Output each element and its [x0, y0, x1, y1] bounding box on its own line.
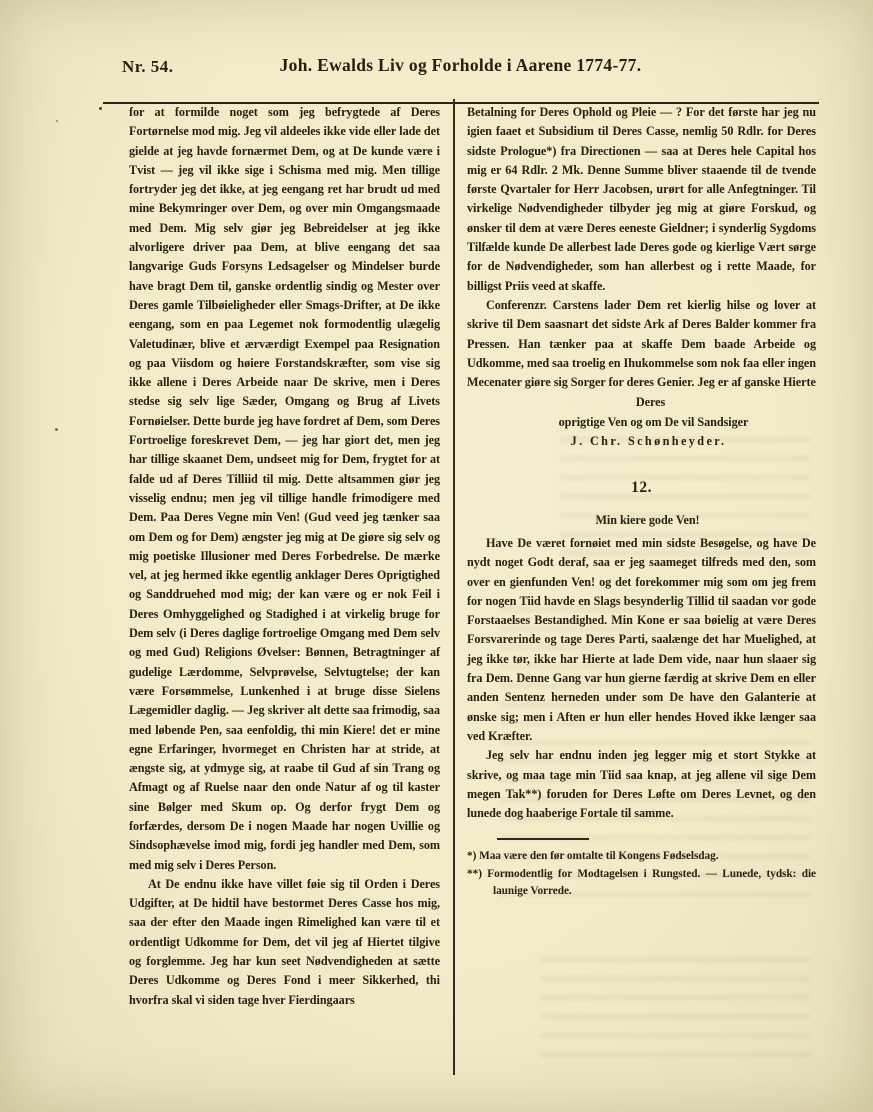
- body-paragraph: Betalning for Deres Ophold og Pleie — ? …: [467, 103, 816, 296]
- ink-bleedthrough-artifact: [540, 950, 810, 1070]
- scan-speckle: [56, 120, 58, 122]
- page-header-title: Joh. Ewalds Liv og Forholde i Aarene 177…: [103, 55, 818, 76]
- footnote: **) Formodentlig for Modtagelsen i Rungs…: [467, 866, 816, 900]
- right-text-column: Betalning for Deres Ophold og Pleie — ? …: [467, 103, 816, 900]
- scan-speckle: [55, 428, 58, 431]
- footnote-separator-rule: [497, 838, 589, 840]
- body-paragraph: Jeg selv har endnu inden jeg legger mig …: [467, 746, 816, 823]
- column-divider-rule: [453, 99, 455, 1075]
- body-paragraph: for at formilde noget som jeg befrygtede…: [129, 103, 440, 875]
- scanned-book-page: Nr. 54. Joh. Ewalds Liv og Forholde i Aa…: [0, 0, 873, 1112]
- footnotes-block: *) Maa være den før omtalte til Kongens …: [467, 848, 816, 899]
- scan-speckle: [99, 107, 102, 110]
- left-text-column: for at formilde noget som jeg befrygtede…: [129, 103, 440, 1010]
- letter-signature-block: Deres oprigtige Ven og om De vil Sandsig…: [467, 393, 816, 451]
- letter-salutation: Min kiere gode Ven!: [479, 511, 816, 530]
- letter-section-number: 12.: [467, 478, 816, 497]
- body-paragraph: Have De været fornøiet med min sidste Be…: [467, 534, 816, 746]
- body-paragraph: Conferenzr. Carstens lader Dem ret kierl…: [467, 296, 816, 392]
- signature-name: J. Chr. Schønheyder.: [481, 432, 816, 451]
- body-paragraph: At De endnu ikke have villet føie sig ti…: [129, 875, 440, 1010]
- signature-salutation: Deres: [485, 393, 816, 412]
- signature-closing: oprigtige Ven og om De vil Sandsiger: [491, 413, 816, 432]
- footnote: *) Maa være den før omtalte til Kongens …: [467, 848, 816, 865]
